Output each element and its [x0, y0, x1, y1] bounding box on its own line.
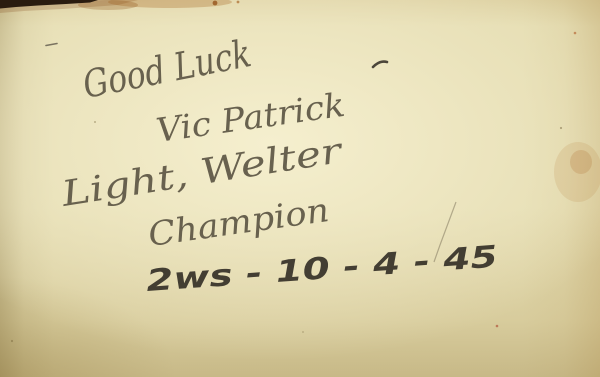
paper-overlay: Good Luck Vic Patrick Light, Welter Cham… — [0, 0, 600, 377]
pencil-small-dash — [46, 44, 57, 46]
rust-speck — [213, 1, 218, 6]
pencil-dash-mark — [373, 62, 387, 67]
rust-speck — [496, 325, 499, 328]
rust-speck — [237, 1, 240, 4]
paper-speck — [11, 340, 13, 342]
handwriting-line-good-luck: Good Luck — [79, 31, 254, 107]
paper-speck — [94, 121, 96, 123]
paper-speck — [560, 127, 562, 129]
handwriting-line-date: 2ws - 10 - 4 - 45 — [145, 240, 499, 299]
rust-speck — [574, 32, 577, 35]
autograph-photo: Good Luck Vic Patrick Light, Welter Cham… — [0, 0, 600, 377]
right-stain-core — [570, 150, 592, 174]
paper-speck — [302, 331, 304, 333]
handwriting-line-champion: Champion — [146, 190, 332, 254]
